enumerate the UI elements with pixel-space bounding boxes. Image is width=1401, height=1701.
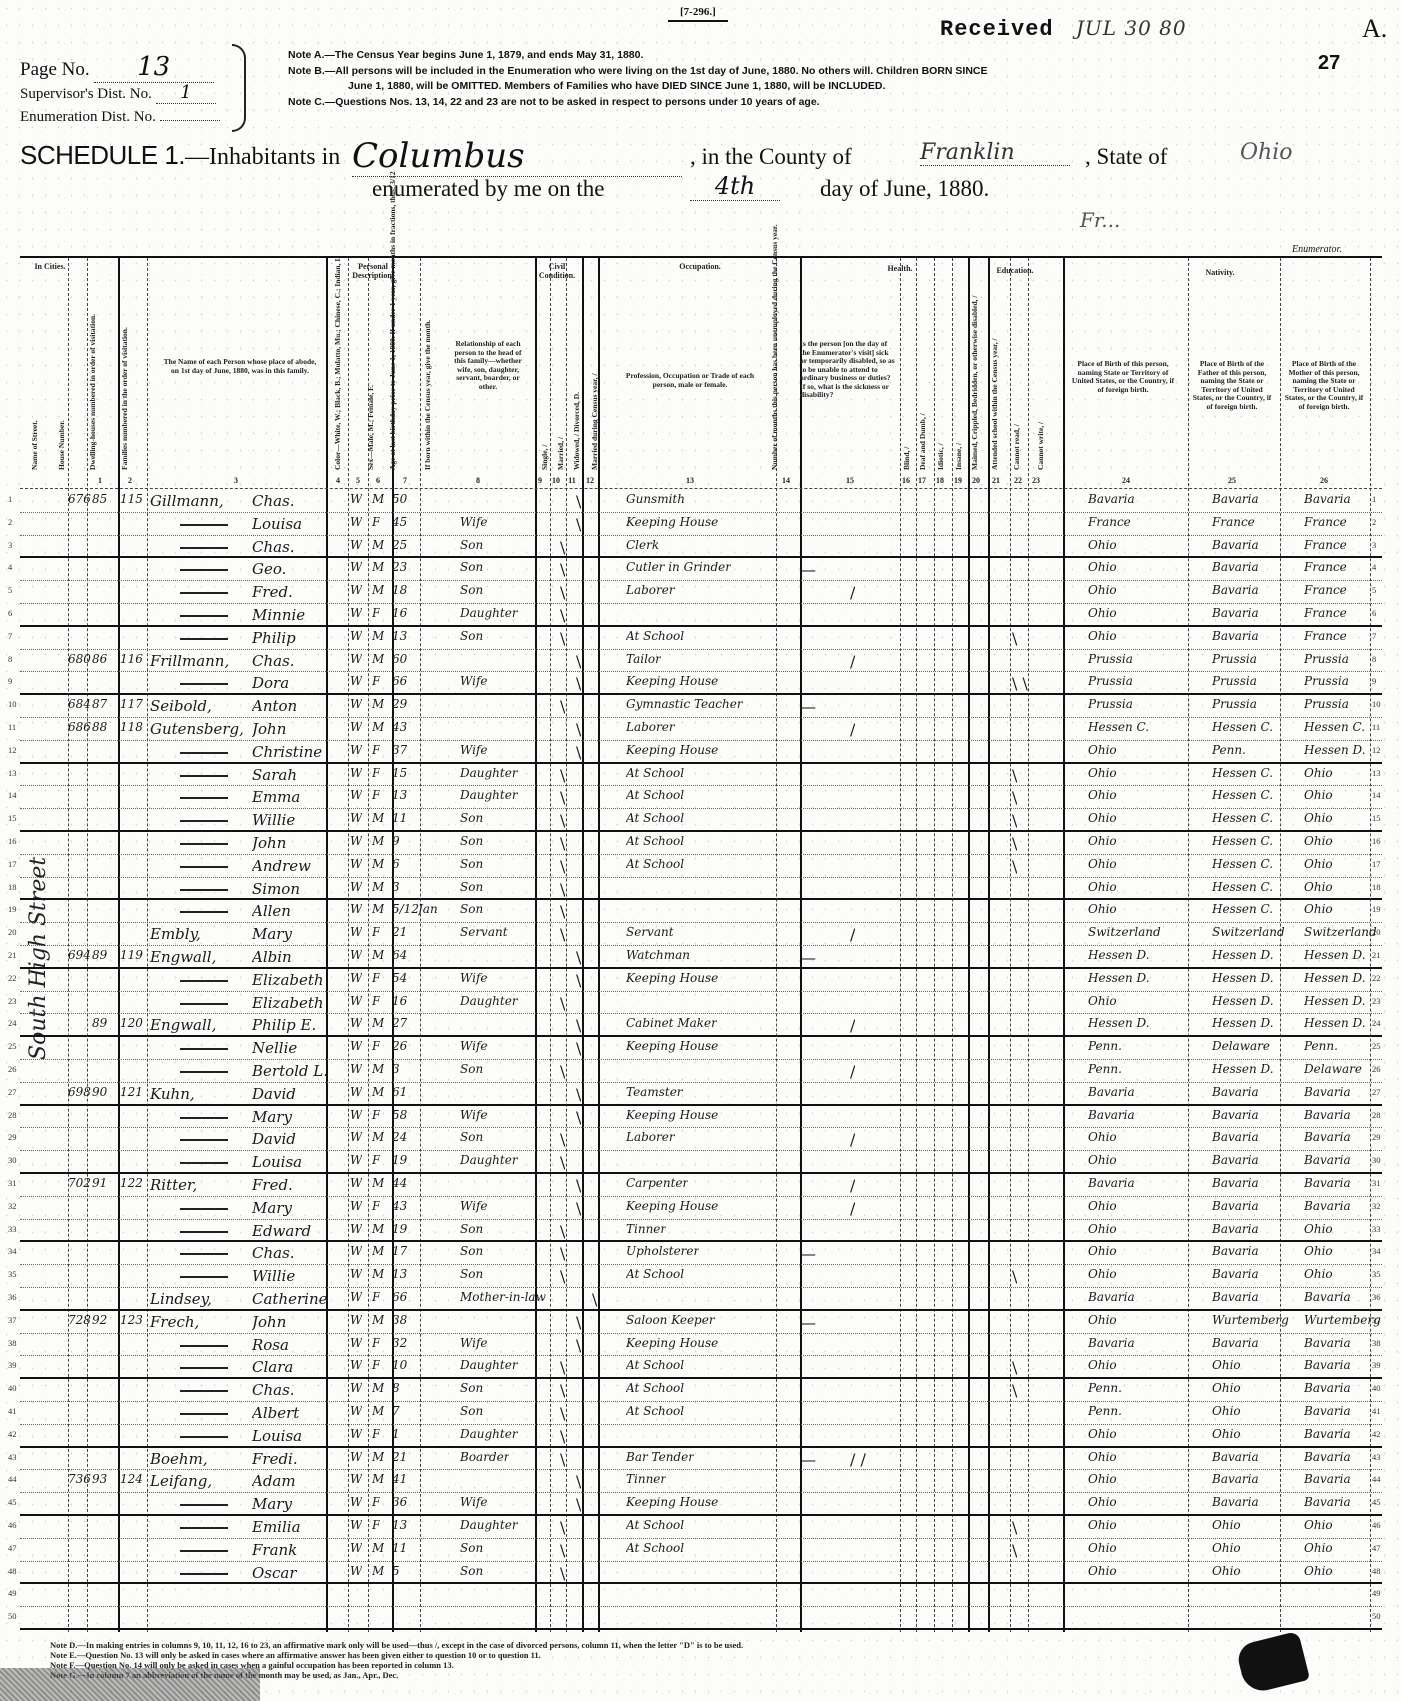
father-cell: Bavaria — [1212, 538, 1259, 552]
sex-cell: F — [372, 766, 380, 780]
age-cell: 24 — [392, 1130, 407, 1144]
mother-cell: Ohio — [1304, 788, 1333, 802]
birth-cell: Ohio — [1088, 1564, 1117, 1578]
line-number-left: 3 — [8, 540, 12, 550]
mother-cell: Ohio — [1304, 880, 1333, 894]
line-number-left: 5 — [8, 585, 12, 595]
given-cell: John — [252, 834, 286, 852]
age-cell: 36 — [392, 1495, 407, 1509]
father-cell: Wurtemberg — [1212, 1313, 1289, 1327]
house-cell: 684 — [68, 697, 91, 711]
header-birth-person: Place of Birth of this person, naming St… — [1068, 360, 1178, 394]
mother-cell: France — [1304, 629, 1347, 643]
house-cell: 686 — [68, 720, 91, 734]
single-cell: \ — [560, 1244, 565, 1263]
column-number: 26 — [1309, 476, 1339, 485]
given-cell: Albin — [252, 948, 292, 966]
line-number-left: 41 — [8, 1406, 17, 1416]
given-cell: Elizabeth — [252, 994, 324, 1012]
table-row: 1818SimonWM3Son\OhioHessen C.Ohio — [20, 878, 1382, 901]
father-cell: Hessen C. — [1212, 788, 1273, 802]
table-row: 4949 — [20, 1584, 1382, 1607]
ditto-mark — [180, 1276, 228, 1278]
mother-cell: Hessen C. — [1304, 720, 1365, 734]
birth-cell: Ohio — [1088, 811, 1117, 825]
father-cell: Bavaria — [1212, 1495, 1259, 1509]
rel-cell: Son — [460, 902, 483, 916]
ditto-mark — [180, 866, 228, 868]
line-number-left: 49 — [8, 1588, 17, 1598]
note-b-cont: June 1, 1880, will be OMITTED. Members o… — [288, 79, 988, 95]
sex-cell: M — [372, 902, 384, 916]
mother-cell: Ohio — [1304, 857, 1333, 871]
occ-cell: Keeping House — [626, 1039, 718, 1053]
color-cell: W — [350, 1016, 362, 1030]
mother-cell: Bavaria — [1304, 1381, 1351, 1395]
school-cell: \ — [1012, 857, 1017, 876]
line-number-right: 30 — [1372, 1155, 1381, 1165]
sick-cell: / — [850, 1130, 855, 1149]
occ-cell: At School — [626, 1358, 684, 1372]
dwelling-cell: 88 — [92, 720, 107, 734]
age-cell: 5/12 — [392, 902, 419, 916]
rel-cell: Wife — [460, 743, 488, 757]
table-row: 4444Leifang,73693124AdamWM41\TinnerOhioB… — [20, 1470, 1382, 1493]
rel-cell: Son — [460, 1564, 483, 1578]
given-cell: Mary — [252, 925, 292, 943]
sex-cell: F — [372, 788, 380, 802]
table-row: 2727Kuhn,69890121DavidWM61\TeamsterBavar… — [20, 1083, 1382, 1106]
line-number-left: 22 — [8, 973, 17, 983]
birth-cell: Ohio — [1088, 1495, 1117, 1509]
rel-cell: Wife — [460, 1199, 488, 1213]
enumeration-value — [160, 120, 220, 121]
birth-cell: Ohio — [1088, 1153, 1117, 1167]
line-number-left: 1 — [8, 494, 12, 504]
birth-cell: Ohio — [1088, 1313, 1117, 1327]
single-cell: \ — [560, 834, 565, 853]
father-cell: Bavaria — [1212, 1472, 1259, 1486]
table-row: 88Frillmann,68086116Chas.WM60\Tailor/Pru… — [20, 650, 1382, 673]
birth-cell: Prussia — [1088, 674, 1133, 688]
page-no-field: Page No. 13 — [20, 52, 214, 83]
ditto-mark — [180, 1231, 228, 1233]
sex-cell: F — [372, 994, 380, 1008]
line-number-left: 33 — [8, 1224, 17, 1234]
line-number-left: 25 — [8, 1041, 17, 1051]
line-number-right: 25 — [1372, 1041, 1381, 1051]
ditto-mark — [180, 547, 228, 549]
ditto-mark — [180, 1390, 228, 1392]
color-cell: W — [350, 1518, 362, 1532]
table-row: 2828MaryWF58Wife\Keeping HouseBavariaBav… — [20, 1106, 1382, 1129]
rel-cell: Son — [460, 880, 483, 894]
rel-cell: Son — [460, 583, 483, 597]
age-cell: 19 — [392, 1222, 407, 1236]
birth-cell: Hessen D. — [1088, 1016, 1150, 1030]
color-cell: W — [350, 697, 362, 711]
rel-cell: Son — [460, 1404, 483, 1418]
enumerator-label: Enumerator. — [1292, 244, 1342, 255]
section-civil: Civil Condition. — [532, 262, 582, 280]
table-row: 3434Chas.WM17Son\Upholsterer—OhioBavaria… — [20, 1242, 1382, 1265]
ditto-mark — [180, 1139, 228, 1141]
table-row: 99DoraWF66Wife\Keeping House\ \PrussiaPr… — [20, 672, 1382, 695]
family-cell: 124 — [120, 1472, 143, 1486]
birth-cell: Ohio — [1088, 902, 1117, 916]
father-cell: Bavaria — [1212, 560, 1259, 574]
table-row: 4040Chas.WM8Son\At School\Penn.OhioBavar… — [20, 1379, 1382, 1402]
married-cell: \ — [576, 1016, 581, 1035]
birth-cell: Ohio — [1088, 1358, 1117, 1372]
age-cell: 16 — [392, 606, 407, 620]
line-number-left: 12 — [8, 745, 17, 755]
single-cell: \ — [560, 606, 565, 625]
rel-cell: Mother-in-law — [460, 1290, 546, 1304]
line-number-right: 45 — [1372, 1497, 1381, 1507]
given-cell: Mary — [252, 1495, 292, 1513]
color-cell: W — [350, 1450, 362, 1464]
sex-cell: M — [372, 697, 384, 711]
mother-cell: Bavaria — [1304, 1495, 1351, 1509]
father-cell: Switzerland — [1212, 925, 1285, 939]
line-number-left: 21 — [8, 950, 17, 960]
color-cell: W — [350, 1541, 362, 1555]
age-cell: 23 — [392, 560, 407, 574]
mother-cell: Bavaria — [1304, 1290, 1351, 1304]
age-cell: 21 — [392, 925, 407, 939]
color-cell: W — [350, 1267, 362, 1281]
rel-cell: Daughter — [460, 766, 518, 780]
occ-cell: Bar Tender — [626, 1450, 694, 1464]
line-number-left: 47 — [8, 1543, 17, 1553]
line-number-left: 39 — [8, 1360, 17, 1370]
column-number: 23 — [1021, 476, 1051, 485]
line-number-right: 50 — [1372, 1611, 1381, 1621]
header-house-number: House Number. — [57, 390, 66, 470]
state-label: , State of — [1085, 144, 1167, 170]
enumerated-day: 4th — [690, 172, 780, 201]
given-cell: Geo. — [252, 560, 286, 578]
color-cell: W — [350, 857, 362, 871]
given-cell: Clara — [252, 1358, 293, 1376]
occ-cell: At School — [626, 1381, 684, 1395]
single-cell: \ — [560, 1222, 565, 1241]
line-number-right: 40 — [1372, 1383, 1381, 1393]
color-cell: W — [350, 1290, 362, 1304]
birth-cell: Ohio — [1088, 629, 1117, 643]
occ-cell: At School — [626, 1541, 684, 1555]
age-cell: 43 — [392, 1199, 407, 1213]
house-cell: 680 — [68, 652, 91, 666]
birth-cell: Ohio — [1088, 1427, 1117, 1441]
birth-cell: Switzerland — [1088, 925, 1161, 939]
occ-cell: At School — [626, 629, 684, 643]
single-cell: \ — [560, 629, 565, 648]
given-cell: Elizabeth — [252, 971, 324, 989]
birth-cell: Ohio — [1088, 1541, 1117, 1555]
line-number-left: 34 — [8, 1246, 17, 1256]
age-cell: 17 — [392, 1244, 407, 1258]
ditto-mark — [180, 1208, 228, 1210]
occ-cell: Teamster — [626, 1085, 683, 1099]
occ-cell: At School — [626, 811, 684, 825]
married-cell: \ — [576, 743, 581, 762]
ditto-mark — [180, 797, 228, 799]
color-cell: W — [350, 1244, 362, 1258]
color-cell: W — [350, 606, 362, 620]
surname: Boehm, — [150, 1450, 250, 1468]
ditto-mark — [180, 1071, 228, 1073]
house-cell: 728 — [68, 1313, 91, 1327]
single-cell: \ — [560, 811, 565, 830]
enumerated-month-year: day of June, 1880. — [820, 176, 989, 202]
given-cell: David — [252, 1130, 296, 1148]
surname: Lindsey, — [150, 1290, 250, 1308]
married-cell: \ — [576, 674, 581, 693]
sex-cell: M — [372, 1267, 384, 1281]
father-cell: Ohio — [1212, 1564, 1241, 1578]
line-number-left: 27 — [8, 1087, 17, 1097]
color-cell: W — [350, 1495, 362, 1509]
supervisor-value: 1 — [156, 82, 216, 104]
age-cell: 3 — [392, 880, 400, 894]
single-cell: \ — [560, 1450, 565, 1469]
line-number-left: 29 — [8, 1132, 17, 1142]
table-row: 1010Seibold,68487117AntonWM29\Gymnastic … — [20, 695, 1382, 718]
married-cell: \ — [576, 720, 581, 739]
father-cell: Bavaria — [1212, 629, 1259, 643]
occ-cell: Keeping House — [626, 1495, 718, 1509]
table-row: 2121Engwall,69489119AlbinWM64\Watchman—H… — [20, 946, 1382, 969]
father-cell: Penn. — [1212, 743, 1246, 757]
occ-cell: Cabinet Maker — [626, 1016, 717, 1030]
birth-cell: Bavaria — [1088, 1176, 1135, 1190]
ditto-mark — [180, 569, 228, 571]
unemp-cell: — — [800, 1313, 816, 1332]
rel-cell: Son — [460, 1062, 483, 1076]
note-c: Note C.—Questions Nos. 13, 14, 22 and 23… — [288, 95, 988, 111]
color-cell: W — [350, 1381, 362, 1395]
ditto-mark — [180, 1345, 228, 1347]
given-cell: Chas. — [252, 652, 295, 670]
rel-cell: Son — [460, 834, 483, 848]
sex-cell: F — [372, 1153, 380, 1167]
table-row: 11Gillmann,67685115Chas.WM50\GunsmithBav… — [20, 490, 1382, 513]
ditto-mark — [180, 1367, 228, 1369]
married-cell: \ — [576, 652, 581, 671]
rel-cell: Daughter — [460, 994, 518, 1008]
occ-cell: Servant — [626, 925, 674, 939]
dwelling-cell: 87 — [92, 697, 107, 711]
given-cell: Fred. — [252, 583, 293, 601]
rel-cell: Daughter — [460, 1358, 518, 1372]
table-row: 1111Gutensberg,68688118JohnWM43\Laborer/… — [20, 718, 1382, 741]
mother-cell: Prussia — [1304, 674, 1349, 688]
birth-cell: Prussia — [1088, 652, 1133, 666]
table-row: 4848OscarWM5Son\OhioOhioOhio — [20, 1562, 1382, 1585]
line-number-right: 14 — [1372, 790, 1381, 800]
ditto-mark — [180, 1527, 228, 1529]
birth-cell: Hessen D. — [1088, 948, 1150, 962]
line-number-left: 48 — [8, 1566, 17, 1576]
section-nativity: Nativity. — [1190, 268, 1250, 277]
form-number: [7-296.] — [668, 6, 728, 22]
mother-cell: Bavaria — [1304, 1336, 1351, 1350]
age-cell: 9 — [392, 834, 400, 848]
given-cell: Louisa — [252, 515, 302, 533]
received-label: Received — [940, 17, 1054, 42]
sex-cell: F — [372, 971, 380, 985]
birth-cell: Ohio — [1088, 560, 1117, 574]
father-cell: Bavaria — [1212, 1176, 1259, 1190]
school-cell: \ — [1012, 1267, 1017, 1286]
occ-cell: Tinner — [626, 1222, 666, 1236]
ditto-mark — [180, 843, 228, 845]
mother-cell: Bavaria — [1304, 1427, 1351, 1441]
sex-cell: M — [372, 492, 384, 506]
age-cell: 21 — [392, 1450, 407, 1464]
given-cell: Christine — [252, 743, 322, 761]
age-cell: 16 — [392, 994, 407, 1008]
widowed-cell: \ — [592, 1290, 597, 1309]
rel-cell: Son — [460, 1541, 483, 1555]
single-cell: \ — [560, 994, 565, 1013]
surname: Frech, — [150, 1313, 250, 1331]
table-row: 2020Embly,MaryWF21Servant\Servant/Switze… — [20, 923, 1382, 946]
father-cell: Hessen D. — [1212, 1016, 1274, 1030]
father-cell: Hessen C. — [1212, 766, 1273, 780]
ditto-mark — [180, 1573, 228, 1575]
rel-cell: Wife — [460, 971, 488, 985]
line-number-left: 38 — [8, 1338, 17, 1348]
school-cell: \ — [1012, 1518, 1017, 1537]
ditto-mark — [180, 820, 228, 822]
color-cell: W — [350, 1358, 362, 1372]
father-cell: Prussia — [1212, 697, 1257, 711]
age-cell: 13 — [392, 629, 407, 643]
given-cell: John — [252, 720, 286, 738]
birth-cell: Penn. — [1088, 1404, 1122, 1418]
given-cell: Louisa — [252, 1153, 302, 1171]
section-in-cities: In Cities. — [20, 262, 80, 271]
surname: Ritter, — [150, 1176, 250, 1194]
birth-cell: Penn. — [1088, 1039, 1122, 1053]
mother-cell: Hessen D. — [1304, 743, 1366, 757]
line-number-left: 18 — [8, 882, 17, 892]
father-cell: Bavaria — [1212, 1153, 1259, 1167]
note-b: Note B.—All persons will be included in … — [288, 64, 988, 80]
surname: Frillmann, — [150, 652, 250, 670]
header-cannot-read: Cannot read, / — [1012, 400, 1021, 470]
ditto-mark — [180, 1253, 228, 1255]
father-cell: France — [1212, 515, 1255, 529]
line-number-right: 38 — [1372, 1338, 1381, 1348]
married-cell: \ — [576, 1199, 581, 1218]
rel-cell: Daughter — [460, 1153, 518, 1167]
line-number-left: 4 — [8, 562, 12, 572]
color-cell: W — [350, 1564, 362, 1578]
line-number-right: 35 — [1372, 1269, 1381, 1279]
age-cell: 13 — [392, 788, 407, 802]
sex-cell: M — [372, 948, 384, 962]
sick-cell: / — [850, 583, 855, 602]
father-cell: Ohio — [1212, 1358, 1241, 1372]
line-number-right: 31 — [1372, 1178, 1381, 1188]
surname: Kuhn, — [150, 1085, 250, 1103]
color-cell: W — [350, 1199, 362, 1213]
line-number-left: 8 — [8, 654, 12, 664]
married-cell: \ — [576, 1039, 581, 1058]
given-cell: Edward — [252, 1222, 311, 1240]
father-cell: Prussia — [1212, 652, 1257, 666]
married-cell: \ — [576, 1085, 581, 1104]
rel-cell: Daughter — [460, 606, 518, 620]
dwelling-cell: 92 — [92, 1313, 107, 1327]
occ-cell: At School — [626, 1267, 684, 1281]
given-cell: Emilia — [252, 1518, 301, 1536]
occ-cell: Carpenter — [626, 1176, 688, 1190]
line-number-right: 12 — [1372, 745, 1381, 755]
married-cell: \ — [576, 1108, 581, 1127]
birth-cell: Ohio — [1088, 1222, 1117, 1236]
father-cell: Bavaria — [1212, 1130, 1259, 1144]
line-number-right: 33 — [1372, 1224, 1381, 1234]
occ-cell: Keeping House — [626, 743, 718, 757]
table-row: 2424Engwall,89120Philip E.WM27\Cabinet M… — [20, 1014, 1382, 1037]
single-cell: \ — [560, 697, 565, 716]
age-cell: 5 — [392, 1564, 400, 1578]
birth-cell: Bavaria — [1088, 492, 1135, 506]
rel-cell: Boarder — [460, 1450, 509, 1464]
rel-cell: Son — [460, 1244, 483, 1258]
rel-cell: Wife — [460, 674, 488, 688]
table-row: 2626Bertold L.WM3Son\/Penn.Hessen D.Dela… — [20, 1060, 1382, 1083]
line-number-left: 32 — [8, 1201, 17, 1211]
school-cell: \ — [1012, 788, 1017, 807]
school-cell: \ — [1012, 811, 1017, 830]
single-cell: \ — [560, 766, 565, 785]
single-cell: \ — [560, 857, 565, 876]
line-number-right: 8 — [1372, 654, 1376, 664]
sex-cell: M — [372, 1062, 384, 1076]
married-cell: \ — [576, 1176, 581, 1195]
line-number-right: 32 — [1372, 1201, 1381, 1211]
enumerated-label: enumerated by me on the — [372, 176, 604, 202]
color-cell: W — [350, 766, 362, 780]
header-notes: Note A.—The Census Year begins June 1, 1… — [288, 48, 988, 110]
birth-cell: Ohio — [1088, 1130, 1117, 1144]
line-number-right: 15 — [1372, 813, 1381, 823]
father-cell: Hessen C. — [1212, 857, 1273, 871]
header-school: Attended school within the Census year, … — [990, 290, 999, 470]
mother-cell: Penn. — [1304, 1039, 1338, 1053]
father-cell: Bavaria — [1212, 1267, 1259, 1281]
color-cell: W — [350, 1085, 362, 1099]
column-number: 6 — [363, 476, 393, 485]
house-cell: 702 — [68, 1176, 91, 1190]
ditto-mark — [180, 615, 228, 617]
table-row: 1717AndrewWM6Son\At School\OhioHessen C.… — [20, 855, 1382, 878]
age-cell: 41 — [392, 1472, 407, 1486]
school-cell: \ — [1012, 629, 1017, 648]
sex-cell: F — [372, 1427, 380, 1441]
color-cell: W — [350, 811, 362, 825]
occ-cell: Watchman — [626, 948, 690, 962]
ditto-mark — [180, 1048, 228, 1050]
age-cell: 13 — [392, 1267, 407, 1281]
rel-cell: Wife — [460, 1039, 488, 1053]
